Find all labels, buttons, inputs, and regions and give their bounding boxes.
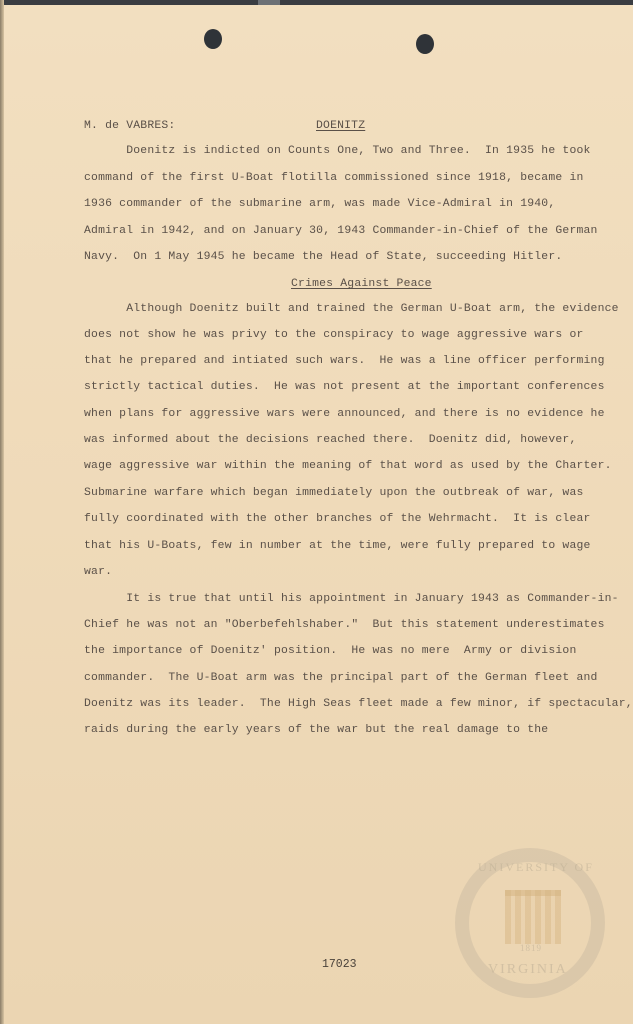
text-line: was informed about the decisions reached… [84, 434, 577, 446]
punch-hole-left [204, 29, 222, 49]
text-line: does not show he was privy to the conspi… [84, 329, 584, 341]
page-number: 17023 [322, 958, 357, 971]
text-line: that he prepared and intiated such wars.… [84, 355, 605, 367]
text-line: Doenitz is indicted on Counts One, Two a… [84, 145, 591, 157]
speaker-label: M. de VABRES: [84, 120, 175, 132]
punch-hole-right [416, 34, 434, 54]
text-line: Although Doenitz built and trained the G… [84, 303, 619, 315]
seal-top-text: UNIVERSITY OF [478, 860, 594, 875]
text-line: fully coordinated with the other branche… [84, 513, 591, 525]
text-line: raids during the early years of the war … [84, 724, 548, 736]
text-line: commander. The U-Boat arm was the princi… [84, 672, 598, 684]
text-line: wage aggressive war within the meaning o… [84, 460, 612, 472]
text-line: that his U-Boats, few in number at the t… [84, 540, 591, 552]
seal-bottom-text: VIRGINIA [488, 962, 568, 978]
text-line: Chief he was not an "Oberbefehlshaber." … [84, 619, 605, 631]
section-heading: Crimes Against Peace [291, 278, 432, 290]
document-title: DOENITZ [316, 120, 365, 132]
text-line: war. [84, 566, 112, 578]
rotunda-icon [505, 890, 561, 944]
text-line: the importance of Doenitz' position. He … [84, 645, 577, 657]
seal-year: 1819 [520, 943, 542, 953]
text-line: strictly tactical duties. He was not pre… [84, 381, 605, 393]
text-line: 1936 commander of the submarine arm, was… [84, 198, 555, 210]
text-line: It is true that until his appointment in… [84, 593, 619, 605]
text-line: Submarine warfare which began immediatel… [84, 487, 584, 499]
text-line: Doenitz was its leader. The High Seas fl… [84, 698, 633, 710]
text-line: command of the first U-Boat flotilla com… [84, 172, 584, 184]
text-line: Admiral in 1942, and on January 30, 1943… [84, 225, 598, 237]
text-line: when plans for aggressive wars were anno… [84, 408, 605, 420]
text-line: Navy. On 1 May 1945 he became the Head o… [84, 251, 562, 263]
